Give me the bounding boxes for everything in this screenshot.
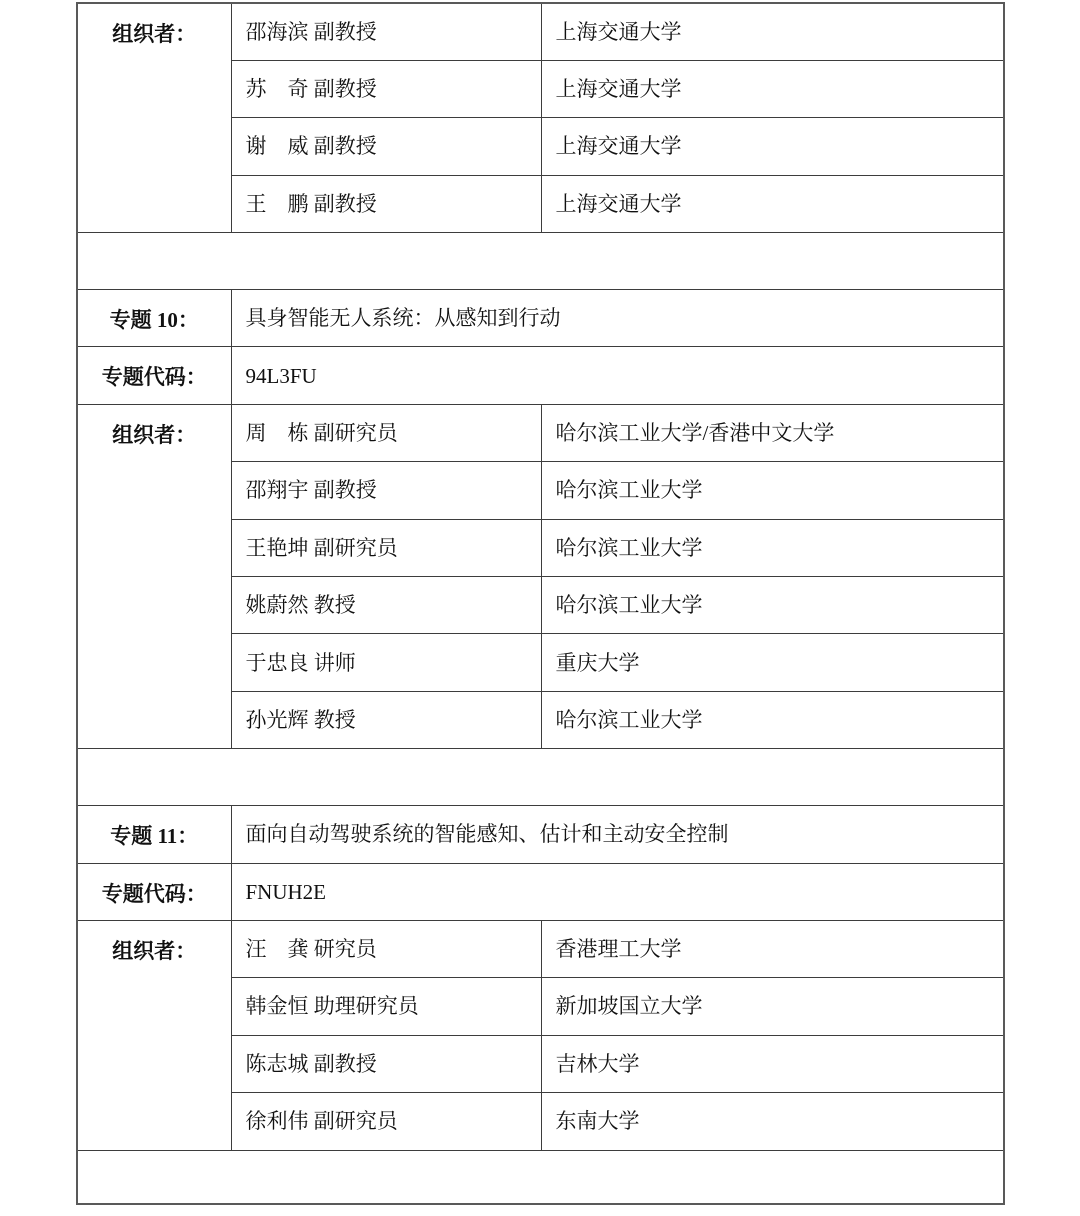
topic-title-cell: 具身智能无人系统：从感知到行动 [231,290,1004,347]
affiliation-cell: 哈尔滨工业大学 [541,577,1004,634]
table-row: 组织者： 汪 龚 研究员 香港理工大学 [77,920,1004,977]
affiliation-cell: 新加坡国立大学 [541,978,1004,1035]
session-table: 组织者： 邵海滨 副教授 上海交通大学 苏 奇 副教授 上海交通大学 谢 威 副… [76,2,1005,1205]
spacer-cell [77,749,1004,806]
table-row: 专题 11： 面向自动驾驶系统的智能感知、估计和主动安全控制 [77,806,1004,863]
organizer-name-cell: 邵翔宇 副教授 [231,462,541,519]
spacer-cell [77,233,1004,290]
affiliation-cell: 上海交通大学 [541,3,1004,60]
table-row: 专题 10： 具身智能无人系统：从感知到行动 [77,290,1004,347]
affiliation-cell: 香港理工大学 [541,920,1004,977]
affiliation-cell: 上海交通大学 [541,60,1004,117]
affiliation-cell: 上海交通大学 [541,175,1004,232]
organizer-name-cell: 谢 威 副教授 [231,118,541,175]
table-row: 专题代码： FNUH2E [77,863,1004,920]
affiliation-cell: 哈尔滨工业大学 [541,691,1004,748]
organizer-label-cell: 组织者： [77,404,231,748]
affiliation-cell: 东南大学 [541,1093,1004,1150]
topic-title-cell: 面向自动驾驶系统的智能感知、估计和主动安全控制 [231,806,1004,863]
organizer-name-cell: 汪 龚 研究员 [231,920,541,977]
organizer-name-cell: 王 鹏 副教授 [231,175,541,232]
spacer-cell [77,1150,1004,1204]
code-label-cell: 专题代码： [77,347,231,404]
affiliation-cell: 哈尔滨工业大学 [541,519,1004,576]
code-value-cell: 94L3FU [231,347,1004,404]
organizer-name-cell: 周 栋 副研究员 [231,404,541,461]
organizer-name-cell: 徐利伟 副研究员 [231,1093,541,1150]
spacer-row [77,749,1004,806]
organizer-name-cell: 邵海滨 副教授 [231,3,541,60]
affiliation-cell: 哈尔滨工业大学/香港中文大学 [541,404,1004,461]
table-row: 专题代码： 94L3FU [77,347,1004,404]
document-page: 组织者： 邵海滨 副教授 上海交通大学 苏 奇 副教授 上海交通大学 谢 威 副… [0,0,1080,1216]
code-label-cell: 专题代码： [77,863,231,920]
table-row: 组织者： 邵海滨 副教授 上海交通大学 [77,3,1004,60]
code-value-cell: FNUH2E [231,863,1004,920]
organizer-label-cell: 组织者： [77,3,231,233]
spacer-row [77,233,1004,290]
organizer-name-cell: 于忠良 讲师 [231,634,541,691]
spacer-row [77,1150,1004,1204]
affiliation-cell: 哈尔滨工业大学 [541,462,1004,519]
affiliation-cell: 上海交通大学 [541,118,1004,175]
organizer-name-cell: 韩金恒 助理研究员 [231,978,541,1035]
organizer-name-cell: 陈志城 副教授 [231,1035,541,1092]
organizer-label-cell: 组织者： [77,920,231,1150]
table-row: 组织者： 周 栋 副研究员 哈尔滨工业大学/香港中文大学 [77,404,1004,461]
affiliation-cell: 吉林大学 [541,1035,1004,1092]
organizer-name-cell: 孙光辉 教授 [231,691,541,748]
organizer-name-cell: 王艳坤 副研究员 [231,519,541,576]
topic-label-cell: 专题 11： [77,806,231,863]
organizer-name-cell: 姚蔚然 教授 [231,577,541,634]
topic-label-cell: 专题 10： [77,290,231,347]
affiliation-cell: 重庆大学 [541,634,1004,691]
organizer-name-cell: 苏 奇 副教授 [231,60,541,117]
